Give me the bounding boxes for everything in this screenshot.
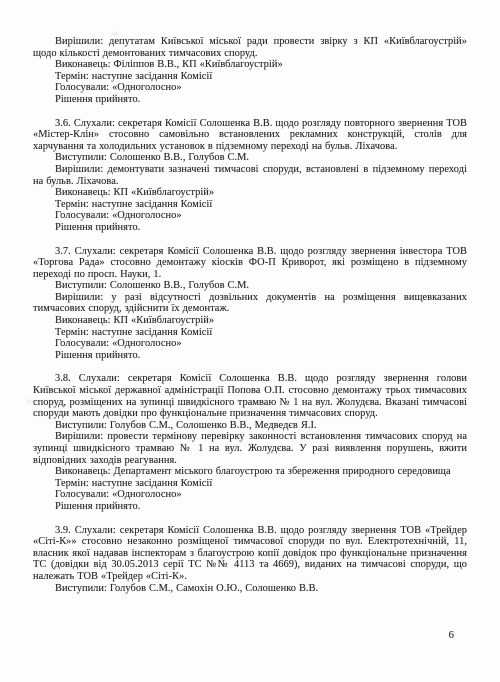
document-paragraph: 3.8. Слухали: секретаря Комісії Солошенк… [33, 373, 467, 419]
document-paragraph: Рішення прийнято. [33, 222, 467, 234]
document-paragraph: Голосували: «Одноголосно» [33, 210, 467, 222]
document-paragraph: Рішення прийнято. [33, 501, 467, 513]
document-paragraph: Виконавець: Філіппов В.В., КП «Київблаго… [33, 59, 467, 71]
document-paragraph: 3.6. Слухали: секретаря Комісії Солошенк… [33, 118, 467, 153]
document-paragraph: Вирішили: депутатам Київської міської ра… [33, 36, 467, 59]
document-content: Вирішили: депутатам Київської міської ра… [33, 36, 467, 594]
document-paragraph: Термін: наступне засідання Комісії [33, 327, 467, 339]
document-paragraph: Термін: наступне засідання Комісії [33, 71, 467, 83]
document-paragraph: Термін: наступне засідання Комісії [33, 478, 467, 490]
document-paragraph: Голосували: «Одноголосно» [33, 489, 467, 501]
document-paragraph: Вирішили: демонтувати зазначені тимчасов… [33, 164, 467, 187]
document-paragraph: Виконавець: КП «Київблагоустрій» [33, 315, 467, 327]
document-paragraph: Рішення прийнято. [33, 350, 467, 362]
document-paragraph: Рішення прийнято. [33, 94, 467, 106]
document-paragraph: Виступили: Солошенко В.В., Голубов С.М. [33, 280, 467, 292]
scanned-document-page: Вирішили: депутатам Київської міської ра… [0, 0, 500, 682]
document-section-item-3.5-continuation: Вирішили: депутатам Київської міської ра… [33, 36, 467, 106]
document-paragraph: Виступили: Голубов С.М., Солошенко В.В.,… [33, 420, 467, 432]
document-section-item-3.6: 3.6. Слухали: секретаря Комісії Солошенк… [33, 118, 467, 234]
document-paragraph: Голосували: «Одноголосно» [33, 338, 467, 350]
document-section-item-3.7: 3.7. Слухали: секретаря Комісії Солошенк… [33, 246, 467, 362]
document-paragraph: Голосували: «Одноголосно» [33, 82, 467, 94]
document-section-item-3.9: 3.9. Слухали: секретаря Комісії Солошенк… [33, 525, 467, 595]
document-paragraph: Вирішили: у разі відсутності дозвільних … [33, 292, 467, 315]
document-paragraph: Виконавець: КП «Київблагоустрій» [33, 187, 467, 199]
document-paragraph: Вирішили: провести термінову перевірку з… [33, 431, 467, 466]
page-number: 6 [449, 629, 455, 641]
document-paragraph: 3.7. Слухали: секретаря Комісії Солошенк… [33, 246, 467, 281]
document-paragraph: Виступили: Солошенко В.В., Голубов С.М. [33, 152, 467, 164]
document-paragraph: 3.9. Слухали: секретаря Комісії Солошенк… [33, 525, 467, 583]
scan-artifact [27, 399, 31, 404]
document-paragraph: Термін: наступне засідання Комісії [33, 199, 467, 211]
document-section-item-3.8: 3.8. Слухали: секретаря Комісії Солошенк… [33, 373, 467, 512]
document-paragraph: Виконавець: Департамент міського благоус… [33, 466, 467, 478]
document-paragraph: Виступили: Голубов С.М., Самохін О.Ю., С… [33, 583, 467, 595]
